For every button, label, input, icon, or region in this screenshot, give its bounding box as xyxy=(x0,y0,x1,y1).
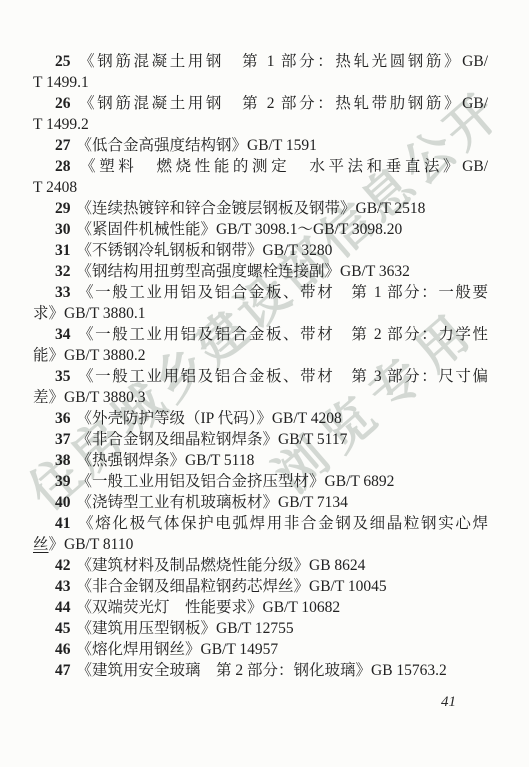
standard-item-line: 31《不锈钢冷轧钢板和钢带》GB/T 3280 xyxy=(33,240,488,261)
item-title: 《紧固件机械性能》GB/T 3098.1～GB/T 3098.20 xyxy=(77,221,403,238)
standard-item-line: 37《非合金钢及细晶粒钢焊条》GB/T 5117 xyxy=(33,429,488,450)
standard-item-continuation: T 1499.1 xyxy=(33,72,488,93)
item-number: 44 xyxy=(55,597,71,618)
page-number: 41 xyxy=(441,694,456,711)
item-title: 《一般工业用铝及铝合金挤压型材》GB/T 6892 xyxy=(77,473,395,490)
item-title: 《建筑用安全玻璃 第 2 部分：钢化玻璃》GB 15763.2 xyxy=(77,662,447,679)
item-continuation-text: T 1499.1 xyxy=(33,74,89,91)
standard-item-line: 25《钢筋混凝土用钢 第 1 部分：热轧光圆钢筋》GB/ xyxy=(33,51,488,72)
item-number: 38 xyxy=(55,450,71,471)
item-number: 27 xyxy=(55,135,71,156)
standard-item-line: 47《建筑用安全玻璃 第 2 部分：钢化玻璃》GB 15763.2 xyxy=(33,660,488,681)
item-title: 《熔化极气体保护电弧焊用非合金钢及细晶粒钢实心焊 xyxy=(77,515,489,532)
item-title: 《一般工业用铝及铝合金板、带材 第 1 部分：一般要 xyxy=(77,284,489,301)
item-title: 《塑料 燃烧性能的测定 水平法和垂直法》GB/ xyxy=(77,158,489,175)
scanned-document-page: 住房城乡建设部信息公开 浏览专用 25《钢筋混凝土用钢 第 1 部分：热轧光圆钢… xyxy=(0,0,529,767)
standard-item-line: 36《外壳防护等级（IP 代码）》GB/T 4208 xyxy=(33,408,488,429)
item-title: 《热强钢焊条》GB/T 5118 xyxy=(77,452,255,469)
standard-item-line: 41《熔化极气体保护电弧焊用非合金钢及细晶粒钢实心焊 xyxy=(33,513,488,534)
item-continuation-text: 求》GB/T 3880.1 xyxy=(33,305,146,322)
standard-item-line: 43《非合金钢及细晶粒钢药芯焊丝》GB/T 10045 xyxy=(33,576,488,597)
item-title: 《低合金高强度结构钢》GB/T 1591 xyxy=(77,137,317,154)
standard-item-line: 38《热强钢焊条》GB/T 5118 xyxy=(33,450,488,471)
underlined-char: 丝 xyxy=(33,536,49,553)
item-title: 《外壳防护等级（IP 代码）》GB/T 4208 xyxy=(77,410,342,427)
item-title: 《双端荧光灯 性能要求》GB/T 10682 xyxy=(77,599,341,616)
item-number: 29 xyxy=(55,198,71,219)
item-number: 31 xyxy=(55,240,71,261)
standard-item-line: 29《连续热镀锌和锌合金镀层钢板及钢带》GB/T 2518 xyxy=(33,198,488,219)
standard-item-line: 30《紧固件机械性能》GB/T 3098.1～GB/T 3098.20 xyxy=(33,219,488,240)
standard-item-line: 44《双端荧光灯 性能要求》GB/T 10682 xyxy=(33,597,488,618)
item-number: 26 xyxy=(55,93,71,114)
standard-item-line: 33《一般工业用铝及铝合金板、带材 第 1 部分：一般要 xyxy=(33,282,488,303)
item-number: 41 xyxy=(55,513,71,534)
item-number: 36 xyxy=(55,408,71,429)
item-number: 46 xyxy=(55,639,71,660)
standard-item-line: 45《建筑用压型钢板》GB/T 12755 xyxy=(33,618,488,639)
item-number: 42 xyxy=(55,555,71,576)
standard-item-line: 39《一般工业用铝及铝合金挤压型材》GB/T 6892 xyxy=(33,471,488,492)
item-number: 33 xyxy=(55,282,71,303)
item-number: 25 xyxy=(55,51,71,72)
standard-item-continuation: 求》GB/T 3880.1 xyxy=(33,303,488,324)
item-number: 43 xyxy=(55,576,71,597)
item-number: 40 xyxy=(55,492,71,513)
item-number: 37 xyxy=(55,429,71,450)
item-title: 《非合金钢及细晶粒钢药芯焊丝》GB/T 10045 xyxy=(77,578,387,595)
item-title: 《钢筋混凝土用钢 第 1 部分：热轧光圆钢筋》GB/ xyxy=(77,53,489,70)
standard-item-line: 32《钢结构用扭剪型高强度螺栓连接副》GB/T 3632 xyxy=(33,261,488,282)
item-continuation-text: T 1499.2 xyxy=(33,116,89,133)
item-title: 《建筑用压型钢板》GB/T 12755 xyxy=(77,620,294,637)
item-title: 《一般工业用铝及铝合金板、带材 第 2 部分：力学性 xyxy=(77,326,489,343)
standard-item-line: 40《浇铸型工业有机玻璃板材》GB/T 7134 xyxy=(33,492,488,513)
item-continuation-text: 差》GB/T 3880.3 xyxy=(33,389,146,406)
standard-item-continuation: T 1499.2 xyxy=(33,114,488,135)
item-title: 《一般工业用铝及铝合金板、带材 第 3 部分：尺寸偏 xyxy=(77,368,489,385)
item-number: 34 xyxy=(55,324,71,345)
standard-item-line: 34《一般工业用铝及铝合金板、带材 第 2 部分：力学性 xyxy=(33,324,488,345)
standard-item-line: 26《钢筋混凝土用钢 第 2 部分：热轧带肋钢筋》GB/ xyxy=(33,93,488,114)
item-continuation-text: 能》GB/T 3880.2 xyxy=(33,347,146,364)
item-title: 《熔化焊用钢丝》GB/T 14957 xyxy=(77,641,279,658)
item-number: 39 xyxy=(55,471,71,492)
standard-item-continuation: 丝》GB/T 8110 xyxy=(33,534,488,555)
standard-item-continuation: 差》GB/T 3880.3 xyxy=(33,387,488,408)
standard-item-line: 28《塑料 燃烧性能的测定 水平法和垂直法》GB/ xyxy=(33,156,488,177)
standard-item-line: 27《低合金高强度结构钢》GB/T 1591 xyxy=(33,135,488,156)
item-number: 35 xyxy=(55,366,71,387)
item-title: 《不锈钢冷轧钢板和钢带》GB/T 3280 xyxy=(77,242,333,259)
standard-item-line: 42《建筑材料及制品燃烧性能分级》GB 8624 xyxy=(33,555,488,576)
item-number: 47 xyxy=(55,660,71,681)
item-continuation-text: 》GB/T 8110 xyxy=(49,536,134,553)
item-title: 《浇铸型工业有机玻璃板材》GB/T 7134 xyxy=(77,494,348,511)
item-continuation-text: T 2408 xyxy=(33,179,77,196)
item-title: 《建筑材料及制品燃烧性能分级》GB 8624 xyxy=(77,557,366,574)
standards-list: 25《钢筋混凝土用钢 第 1 部分：热轧光圆钢筋》GB/T 1499.126《钢… xyxy=(33,51,488,681)
standard-item-continuation: 能》GB/T 3880.2 xyxy=(33,345,488,366)
standard-item-continuation: T 2408 xyxy=(33,177,488,198)
item-title: 《钢筋混凝土用钢 第 2 部分：热轧带肋钢筋》GB/ xyxy=(77,95,489,112)
standard-item-line: 46《熔化焊用钢丝》GB/T 14957 xyxy=(33,639,488,660)
item-number: 30 xyxy=(55,219,71,240)
item-title: 《连续热镀锌和锌合金镀层钢板及钢带》GB/T 2518 xyxy=(77,200,426,217)
item-title: 《非合金钢及细晶粒钢焊条》GB/T 5117 xyxy=(77,431,348,448)
item-number: 28 xyxy=(55,156,71,177)
standard-item-line: 35《一般工业用铝及铝合金板、带材 第 3 部分：尺寸偏 xyxy=(33,366,488,387)
item-title: 《钢结构用扭剪型高强度螺栓连接副》GB/T 3632 xyxy=(77,263,410,280)
item-number: 32 xyxy=(55,261,71,282)
item-number: 45 xyxy=(55,618,71,639)
